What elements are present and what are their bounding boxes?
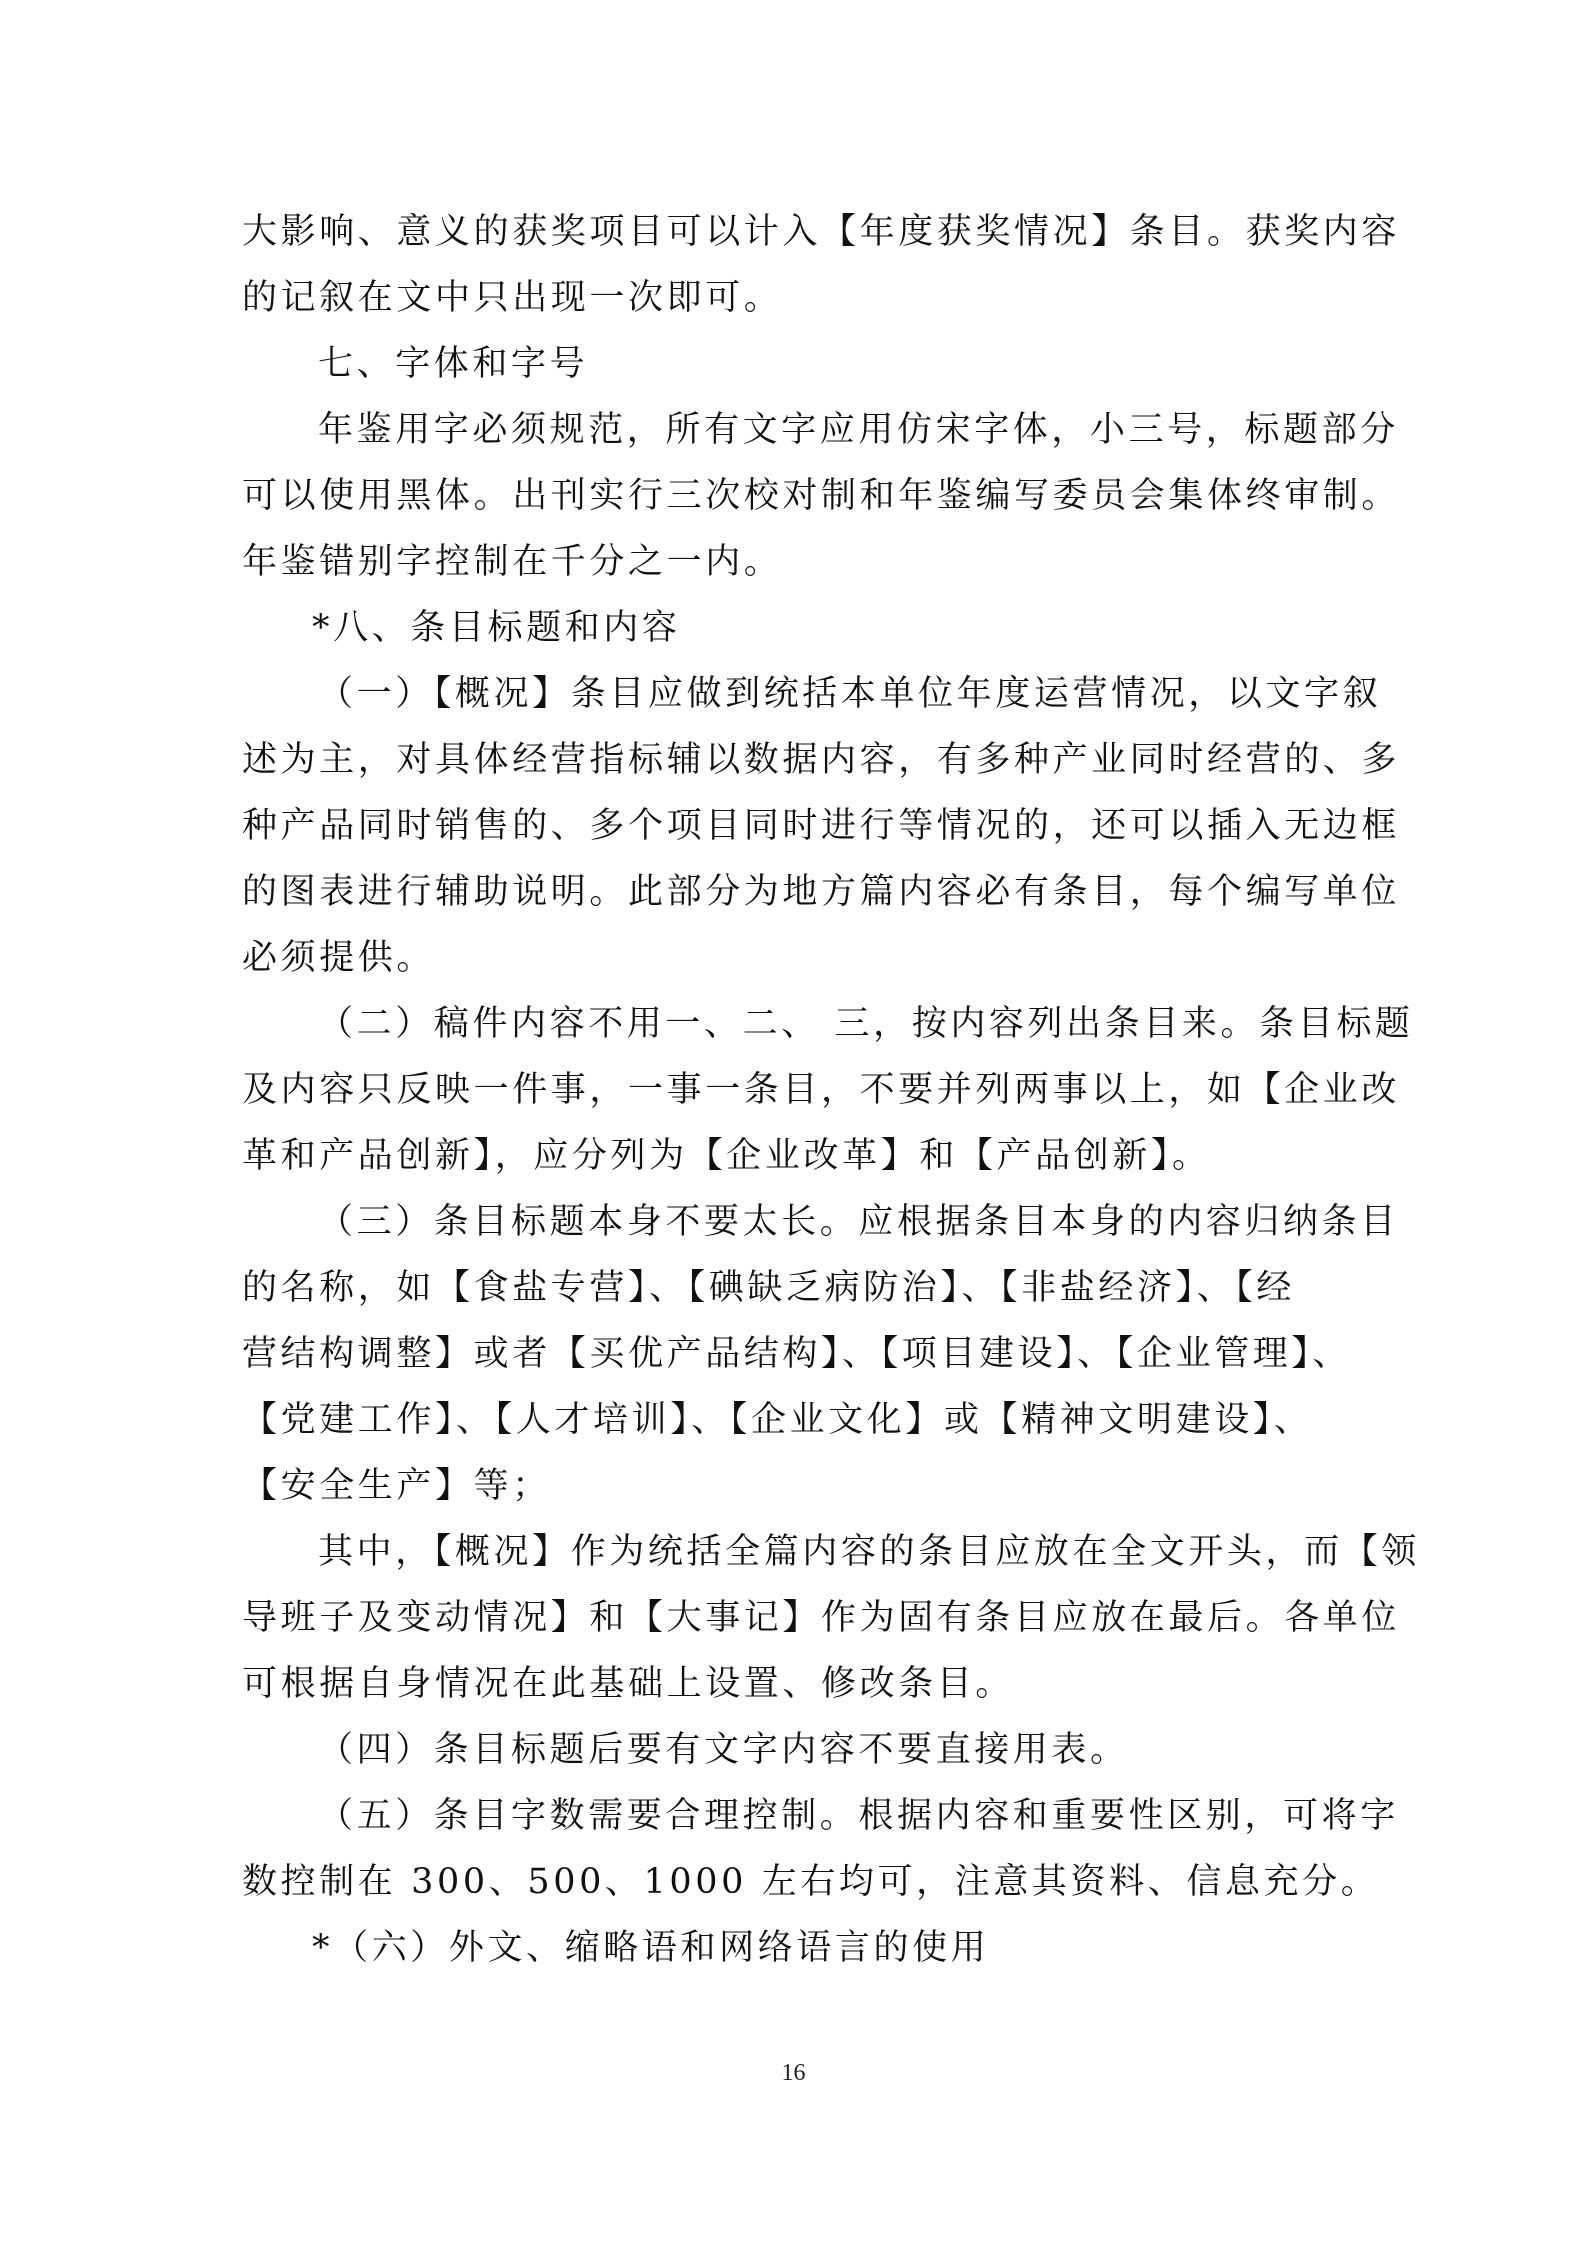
text-line: 【党建工作】、【人才培训】、【企业文化】或【精神文明建设】、 [242, 1387, 1352, 1453]
text-line: （五）条目字数需要合理控制。根据内容和重要性区别，可将字 [242, 1783, 1352, 1849]
text-line: 及内容只反映一件事，一事一条目，不要并列两事以上，如【企业改 [242, 1057, 1352, 1123]
text-line: 可根据自身情况在此基础上设置、修改条目。 [242, 1651, 1352, 1717]
text-line: 必须提供。 [242, 925, 1352, 991]
text-line: 述为主，对具体经营指标辅以数据内容，有多种产业同时经营的、多 [242, 727, 1352, 793]
text-line: （四）条目标题后要有文字内容不要直接用表。 [242, 1717, 1352, 1783]
text-line: （三）条目标题本身不要太长。应根据条目本身的内容归纳条目 [242, 1189, 1352, 1255]
text-line: 的图表进行辅助说明。此部分为地方篇内容必有条目，每个编写单位 [242, 859, 1352, 925]
subsection-heading-6: *（六）外文、缩略语和网络语言的使用 [242, 1915, 1352, 1981]
page-number: 16 [0, 2060, 1587, 2087]
text-line: 的名称，如【食盐专营】、【碘缺乏病防治】、【非盐经济】、【经 [242, 1255, 1352, 1321]
text-line: 种产品同时销售的、多个项目同时进行等情况的，还可以插入无边框 [242, 793, 1352, 859]
text-line: 可以使用黑体。出刊实行三次校对制和年鉴编写委员会集体终审制。 [242, 463, 1352, 529]
text-line: 【安全生产】等； [242, 1453, 1352, 1519]
text-line: 数控制在 300、500、1000 左右均可，注意其资料、信息充分。 [242, 1849, 1352, 1915]
text-line: （一）【概况】条目应做到统括本单位年度运营情况，以文字叙 [242, 661, 1352, 727]
section-heading-7: 七、字体和字号 [242, 331, 1352, 397]
text-line: 年鉴错别字控制在千分之一内。 [242, 529, 1352, 595]
section-heading-8: *八、条目标题和内容 [242, 595, 1352, 661]
text-line: 营结构调整】或者【买优产品结构】、【项目建设】、【企业管理】、 [242, 1321, 1352, 1387]
text-line: 大影响、意义的获奖项目可以计入【年度获奖情况】条目。获奖内容 [242, 199, 1352, 265]
text-line: 其中，【概况】作为统括全篇内容的条目应放在全文开头，而【领 [242, 1519, 1352, 1585]
document-body: 大影响、意义的获奖项目可以计入【年度获奖情况】条目。获奖内容 的记叙在文中只出现… [242, 199, 1352, 1981]
text-line: 年鉴用字必须规范，所有文字应用仿宋字体，小三号，标题部分 [242, 397, 1352, 463]
text-line: （二）稿件内容不用一、二、 三，按内容列出条目来。条目标题 [242, 991, 1352, 1057]
text-line: 导班子及变动情况】和【大事记】作为固有条目应放在最后。各单位 [242, 1585, 1352, 1651]
text-line: 的记叙在文中只出现一次即可。 [242, 265, 1352, 331]
text-line: 革和产品创新】，应分列为【企业改革】和【产品创新】。 [242, 1123, 1352, 1189]
